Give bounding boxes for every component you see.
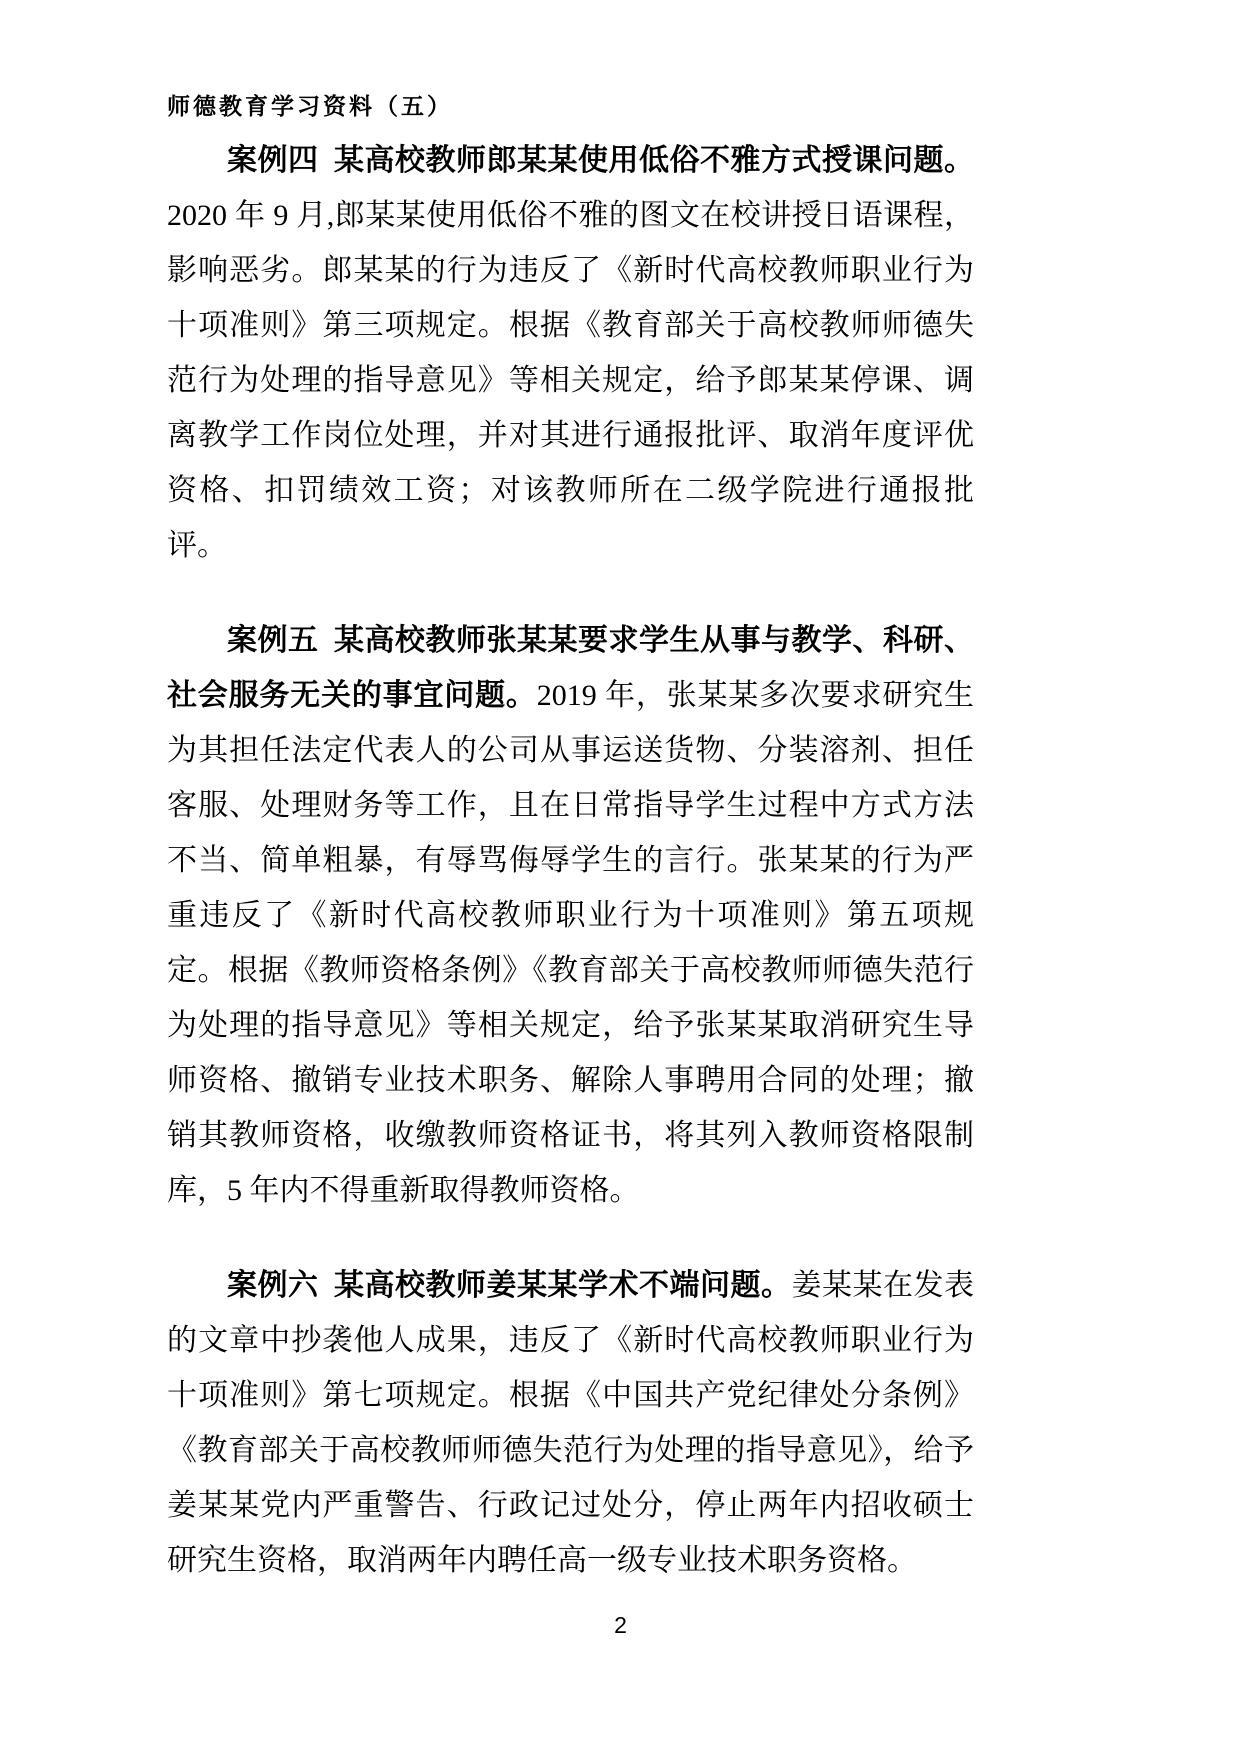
case-five-body: 2019 年，张某某多次要求研究生为其担任法定代表人的公司从事运送货物、分装溶剂… — [167, 679, 974, 1207]
document-body: 案例四 某高校教师郎某某使用低俗不雅方式授课问题。2020 年 9 月,郎某某使… — [167, 133, 974, 1588]
case-five-paragraph: 案例五 某高校教师张某某要求学生从事与教学、科研、社会服务无关的事宜问题。201… — [167, 613, 974, 1218]
case-four-lead: 案例四 某高校教师郎某某使用低俗不雅方式授课问题。 — [227, 144, 974, 177]
case-six-paragraph: 案例六 某高校教师姜某某学术不端问题。姜某某在发表的文章中抄袭他人成果，违反了《… — [167, 1258, 974, 1588]
page-number: 2 — [0, 1612, 1241, 1639]
case-six-body: 姜某某在发表的文章中抄袭他人成果，违反了《新时代高校教师职业行为十项准则》第七项… — [167, 1269, 974, 1577]
case-four-body: 2020 年 9 月,郎某某使用低俗不雅的图文在校讲授日语课程，影响恶劣。郎某某… — [167, 199, 974, 562]
document-page: 师德教育学习资料（五） 案例四 某高校教师郎某某使用低俗不雅方式授课问题。202… — [0, 0, 1241, 1754]
document-header-title: 师德教育学习资料（五） — [167, 88, 453, 121]
case-six-lead: 案例六 某高校教师姜某某学术不端问题。 — [227, 1269, 792, 1302]
case-four-paragraph: 案例四 某高校教师郎某某使用低俗不雅方式授课问题。2020 年 9 月,郎某某使… — [167, 133, 974, 573]
